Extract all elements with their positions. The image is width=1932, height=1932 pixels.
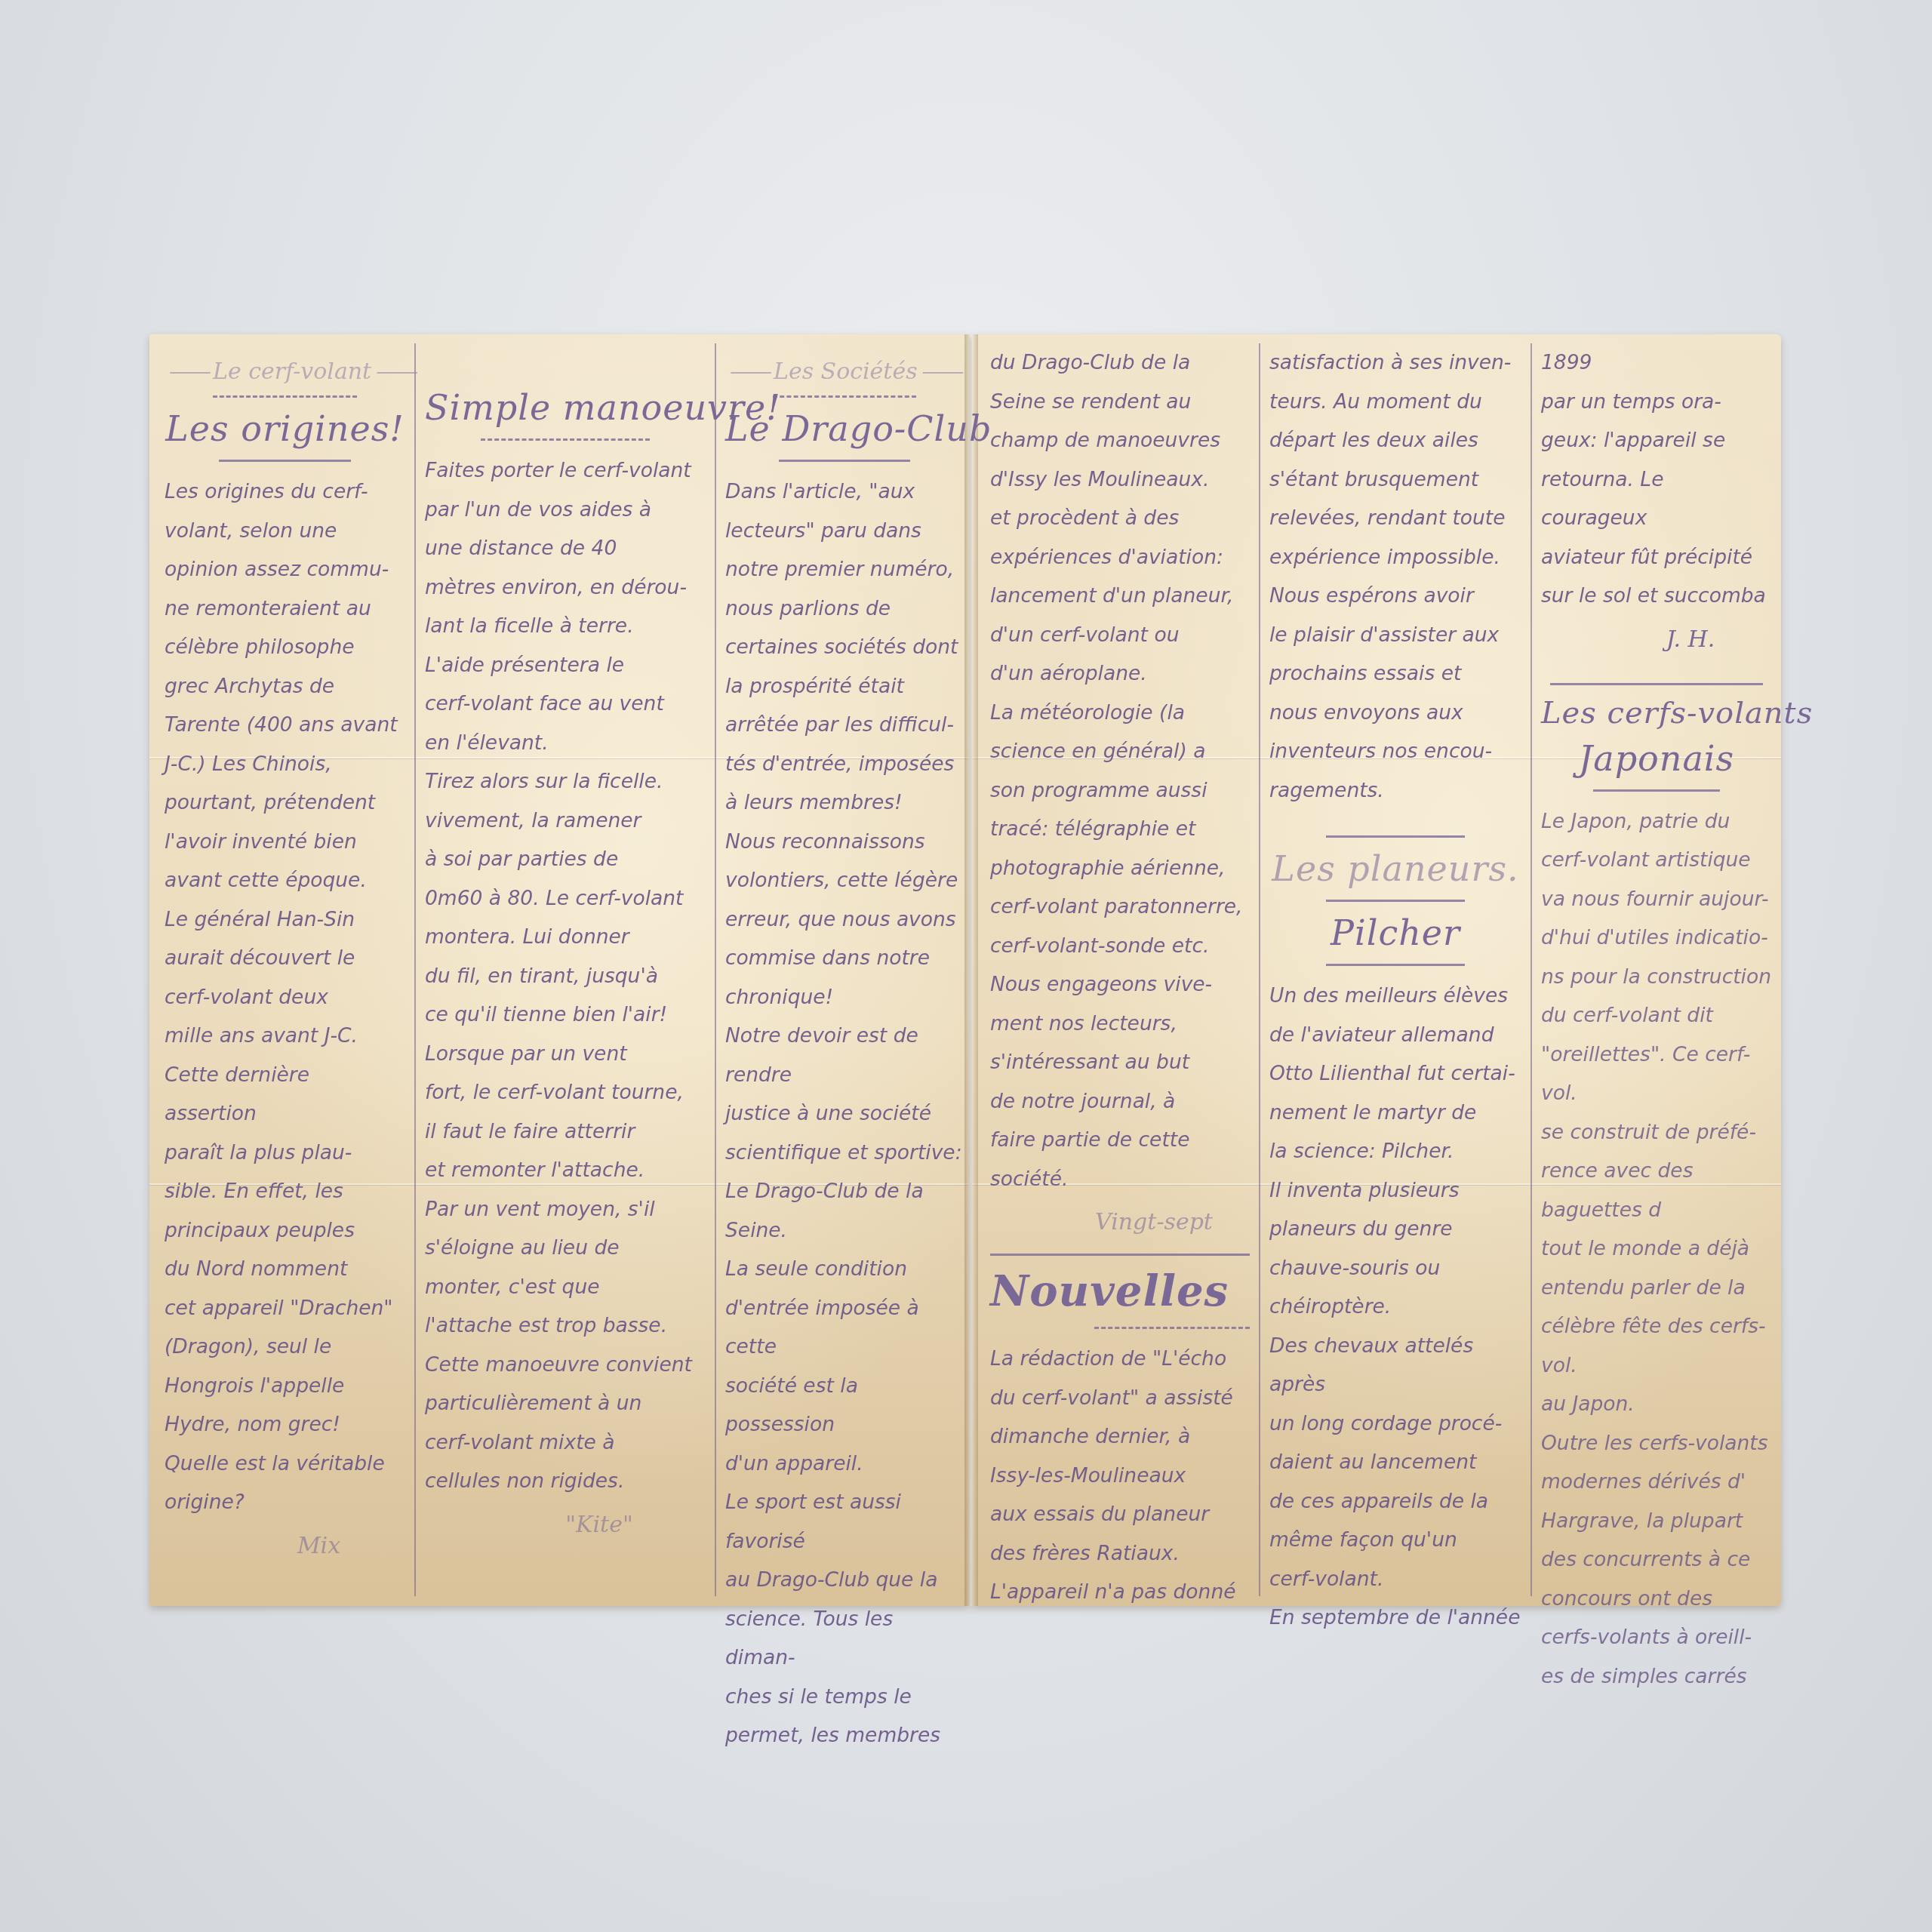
section-kicker: Les planeurs. [1269, 848, 1521, 889]
article-body: Faites porter le cerf-volant par l'un de… [425, 451, 706, 1501]
article-body: satisfaction à ses inven- teurs. Au mome… [1269, 343, 1521, 810]
article-title-2: Japonais [1541, 738, 1772, 779]
column-manoeuvre: Simple manoeuvre! Faites porter le cerf-… [416, 343, 716, 1596]
signature: Mix [165, 1533, 405, 1559]
divider [773, 395, 916, 398]
column-gliders: satisfaction à ses inven- teurs. Au mome… [1260, 343, 1532, 1596]
article-title: Simple manoeuvre! [425, 387, 706, 428]
article-title: Le Drago-Club [725, 408, 964, 449]
divider [779, 460, 910, 462]
divider [481, 438, 649, 441]
article-body: Dans l'article, "aux lecteurs" paru dans… [725, 472, 964, 1755]
divider [990, 1254, 1250, 1256]
news-title: Nouvelles [990, 1266, 1250, 1316]
signature: "Kite" [425, 1512, 706, 1538]
article-body: Les origines du cerf- volant, selon une … [165, 472, 405, 1522]
article-title: Les cerfs-volants [1541, 696, 1772, 731]
divider [1326, 835, 1465, 838]
divider [219, 460, 351, 462]
article-title: Pilcher [1269, 912, 1521, 953]
column-japanese-kites: 1899 par un temps ora- geux: l'appareil … [1532, 343, 1781, 1596]
column-origins: Le cerf-volant Les origines! Les origine… [155, 343, 416, 1596]
divider [1550, 683, 1763, 685]
article-body: du Drago-Club de la Seine se rendent au … [990, 343, 1250, 1198]
article-body-2: Un des meilleurs élèves de l'aviateur al… [1269, 977, 1521, 1638]
column-drago-continued: du Drago-Club de la Seine se rendent au … [981, 343, 1260, 1596]
column-societies: Les Sociétés Le Drago-Club Dans l'articl… [716, 343, 973, 1596]
article-body-2: Le Japon, patrie du cerf-volant artistiq… [1541, 802, 1772, 1697]
news-body: La rédaction de "L'écho du cerf-volant" … [990, 1340, 1250, 1612]
divider [1593, 789, 1720, 792]
divider [213, 395, 357, 398]
article-title: Les origines! [165, 408, 405, 449]
divider [1326, 964, 1465, 966]
divider [1326, 900, 1465, 902]
section-kicker: Le cerf-volant [165, 358, 405, 385]
signature: J. H. [1541, 626, 1772, 653]
article-body: 1899 par un temps ora- geux: l'appareil … [1541, 343, 1772, 616]
section-kicker: Les Sociétés [725, 358, 964, 385]
signature: Vingt-sept [990, 1209, 1250, 1235]
divider [1094, 1327, 1250, 1329]
